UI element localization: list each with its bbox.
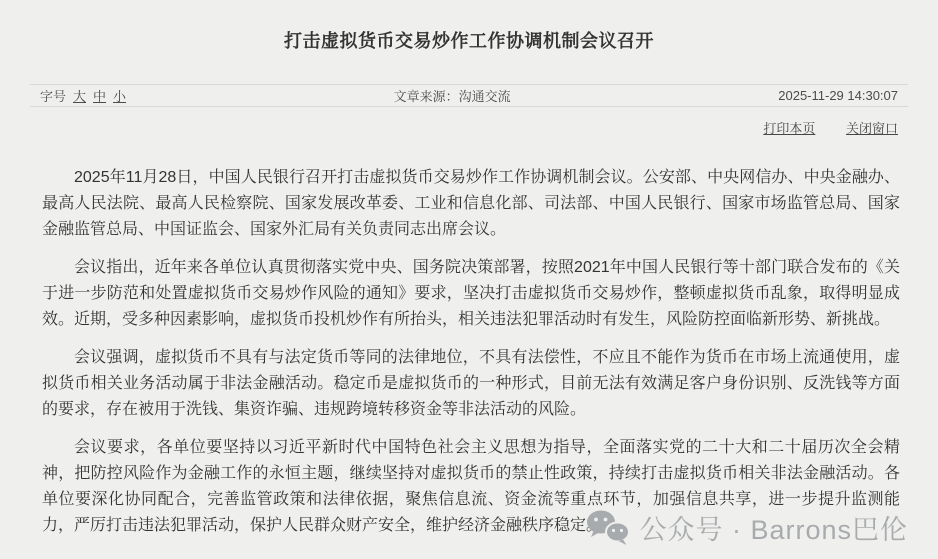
font-size-medium-button[interactable]: 中 xyxy=(93,86,106,105)
article-paragraph: 会议要求，各单位要坚持以习近平新时代中国特色社会主义思想为指导，全面落实党的二十… xyxy=(42,435,900,539)
article-page: 打击虚拟货币交易炒作工作协调机制会议召开 字号 大 中 小 文章来源：沟通交流 … xyxy=(0,0,938,559)
font-size-large-button[interactable]: 大 xyxy=(73,86,86,105)
article-paragraph: 会议指出，近年来各单位认真贯彻落实党中央、国务院决策部署，按照2021年中国人民… xyxy=(42,255,900,333)
article-paragraph: 2025年11月28日，中国人民银行召开打击虚拟货币交易炒作工作协调机制会议。公… xyxy=(42,165,900,243)
close-window-link[interactable]: 关闭窗口 xyxy=(846,121,898,136)
source-label: 文章来源： xyxy=(394,89,459,104)
page-title: 打击虚拟货币交易炒作工作协调机制会议召开 xyxy=(0,0,938,53)
font-size-small-button[interactable]: 小 xyxy=(113,86,126,105)
print-page-link[interactable]: 打印本页 xyxy=(763,121,815,136)
publish-timestamp: 2025-11-29 14:30:07 xyxy=(778,88,898,103)
article-body: 2025年11月28日，中国人民银行召开打击虚拟货币交易炒作工作协调机制会议。公… xyxy=(42,165,900,539)
article-paragraph: 会议强调，虚拟货币不具有与法定货币等同的法律地位，不具有法偿性，不应且不能作为货… xyxy=(42,345,900,423)
meta-bar: 字号 大 中 小 文章来源：沟通交流 2025-11-29 14:30:07 xyxy=(30,84,908,107)
page-actions: 打印本页 关闭窗口 xyxy=(0,118,898,137)
font-size-control: 字号 大 中 小 xyxy=(40,86,126,105)
source-value: 沟通交流 xyxy=(459,89,511,104)
article-source: 文章来源：沟通交流 xyxy=(394,86,511,105)
font-size-label: 字号 xyxy=(40,86,66,105)
